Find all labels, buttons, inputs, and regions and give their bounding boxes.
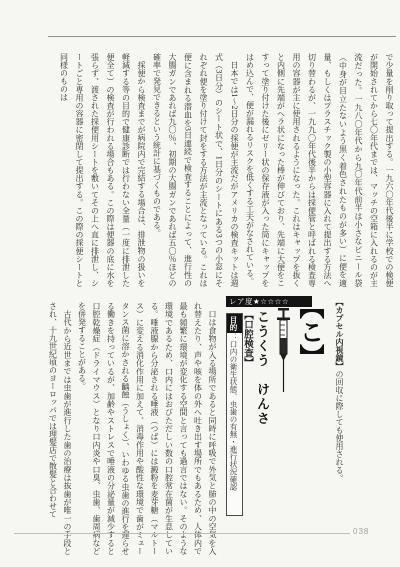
previous-entry-continuation-text: で少量を削り取って提出する。一九六〇年代後半に学校での検便が開始されてから七〇年… bbox=[45, 53, 397, 287]
paragraph: 口は食物が入る場所であると同時に呼吸で外気と肺の中の空気を入れ替えたり、声や咳を… bbox=[74, 302, 219, 555]
purpose-column: 目的：口内の衛生状態、虫歯の有無・進行状況確認 bbox=[227, 314, 242, 515]
purpose-label: 目的 bbox=[226, 314, 242, 333]
paragraph: 古代から近世までは虫歯が進行した歯の治療は抜歯が唯一の手段とされ、十九世紀頃のヨ… bbox=[45, 302, 74, 555]
rarity-badge: レア度★☆☆☆☆ bbox=[226, 296, 312, 307]
cross-reference-label: 【カプセル内視鏡】 bbox=[335, 298, 344, 370]
entry-title-kana: こうくう けんさ bbox=[253, 310, 272, 490]
purpose-text: ：口内の衛生状態、虫歯の有無・進行状況確認 bbox=[229, 333, 238, 491]
paragraph: 日本では1～2日分の採便が主流だがアメリカの検査キットは週式（3日分）のシート状… bbox=[149, 53, 242, 287]
paragraph: 【カプセル内視鏡】の回収に際しても使用される。 bbox=[332, 298, 347, 538]
previous-entry-last-column: 【カプセル内視鏡】の回収に際しても使用される。 bbox=[332, 298, 347, 538]
rarity-stars: ★☆☆☆☆ bbox=[253, 297, 289, 306]
entry-body-text: 口は食物が入る場所であると同時に呼吸で外気と肺の中の空気を入れ替えたり、声や咳を… bbox=[44, 302, 219, 555]
continuation-text: の回収に際しても使用される。 bbox=[335, 370, 344, 482]
paragraph: で少量を削り取って提出する。一九六〇年代後半に学校での検便が開始されてから七〇年… bbox=[242, 53, 397, 287]
header-rule bbox=[48, 36, 396, 37]
purpose-box: 目的：口内の衛生状態、虫歯の有無・進行状況確認 bbox=[226, 313, 243, 516]
rarity-label: レア度 bbox=[229, 297, 253, 306]
page-number: 038 bbox=[353, 527, 369, 536]
footer-rule bbox=[14, 533, 350, 534]
paragraph: 採便から検査までが病院内で完結する場合は、排泄物の扱いを軽減する等の目的で健康診… bbox=[56, 53, 149, 287]
syringe-icon bbox=[275, 308, 292, 399]
